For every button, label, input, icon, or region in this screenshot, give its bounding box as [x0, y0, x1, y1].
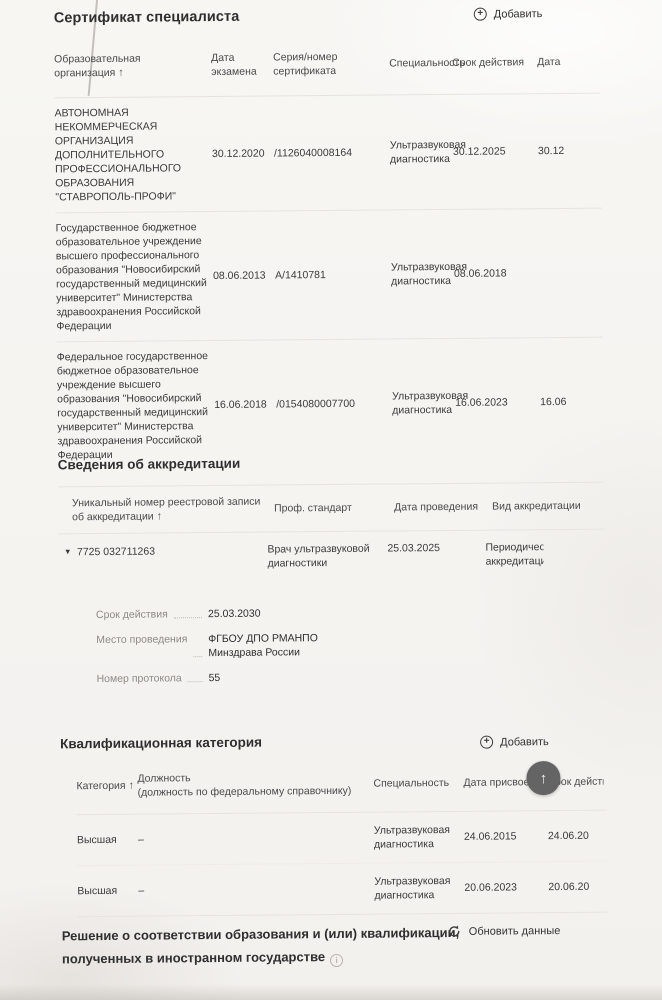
sort-asc-icon: ↑ — [118, 67, 124, 79]
cell-specialty: Ультразвуковая диагностика — [390, 138, 453, 167]
add-certificate-label: Добавить — [494, 8, 543, 20]
sort-asc-icon: ↑ — [129, 780, 135, 792]
certificates-table-header: Образовательная организация↑ Дата экзаме… — [54, 48, 600, 81]
cell-specialty: Ультразвуковая диагностика — [392, 389, 455, 418]
dotted-leader — [188, 671, 203, 682]
refresh-icon — [448, 925, 461, 938]
cell-specialty: Ультразвуковая диагностика — [391, 260, 454, 289]
collapse-chevron-icon[interactable]: ▾ — [65, 546, 70, 556]
certificates-table: Образовательная организация↑ Дата экзаме… — [54, 48, 604, 471]
cell-date-assigned: 24.06.2015 — [464, 829, 548, 844]
detail-row-validity: Срок действия 25.03.2030 — [96, 605, 436, 622]
dotted-leader — [193, 632, 202, 657]
accreditation-table-header: Уникальный номер реестровой записи об ак… — [72, 483, 604, 534]
detail-value: ФГБОУ ДПО РМАНПО Минздрава России — [208, 631, 348, 660]
column-header-specialty[interactable]: Специальность — [373, 776, 463, 791]
sort-asc-icon: ↑ — [157, 510, 163, 522]
cell-position: – — [138, 831, 374, 847]
accreditation-section: Сведения об аккредитации Уникальный номе… — [58, 453, 606, 698]
info-icon[interactable]: i — [330, 954, 343, 967]
cell-prof-standard: Врач ультразвуковой диагностики — [267, 542, 387, 571]
cell-position: – — [138, 882, 374, 898]
column-header-date[interactable]: Дата — [537, 55, 600, 70]
cell-validity: 30.12.2025 — [453, 144, 538, 159]
dotted-leader — [174, 607, 202, 618]
detail-label: Место проведения — [96, 632, 187, 661]
add-qualification-label: Добавить — [500, 736, 549, 748]
detail-label: Срок действия — [96, 607, 168, 622]
cell-date: 16.06 — [540, 395, 603, 410]
column-header-position[interactable]: Должность(должность по федеральному спра… — [137, 770, 373, 800]
cell-org: Федеральное государственное бюджетное об… — [57, 349, 215, 462]
qualification-row[interactable]: Высшая – Ультразвуковая диагностика 20.0… — [77, 862, 607, 918]
cell-category: Высшая — [77, 884, 138, 899]
column-header-category[interactable]: Категория↑ — [76, 779, 137, 794]
accreditation-details: Срок действия 25.03.2030 Место проведени… — [96, 605, 437, 686]
paper-edge-shadow — [0, 984, 662, 1000]
cell-date-held: 25.03.2025 — [387, 541, 485, 556]
refresh-data-button[interactable]: Обновить данные — [448, 924, 561, 938]
cell-org: Государственное бюджетное образовательно… — [56, 220, 214, 333]
cell-serial: /1126040008164 — [274, 145, 390, 160]
column-header-date-held[interactable]: Дата проведения — [394, 500, 492, 515]
column-header-registry-number[interactable]: Уникальный номер реестровой записи об ак… — [72, 494, 274, 524]
column-header-org[interactable]: Образовательная организация↑ — [54, 51, 211, 80]
foreign-education-title: Решение о соответствии образования и (ил… — [62, 921, 466, 971]
arrow-up-icon: ↑ — [540, 771, 548, 786]
cell-org: АВТОНОМНАЯ НЕКОММЕРЧЕСКАЯ ОРГАНИЗАЦИЯ ДО… — [55, 105, 213, 204]
accreditation-row[interactable]: ▾7725 032711263 Врач ультразвуковой диаг… — [65, 530, 604, 583]
cell-registry-number: ▾7725 032711263 — [65, 543, 267, 560]
plus-circle-icon: + — [480, 736, 493, 749]
cell-exam-date: 16.06.2018 — [214, 397, 276, 412]
cell-specialty: Ультразвуковая диагностика — [374, 874, 464, 903]
certificate-row[interactable]: АВТОНОМНАЯ НЕКОММЕРЧЕСКАЯ ОРГАНИЗАЦИЯ ДО… — [54, 93, 601, 213]
cell-date — [539, 273, 602, 274]
qualification-table: Категория↑ Должность(должность по федера… — [60, 768, 607, 918]
column-header-exam-date[interactable]: Дата экзамена — [211, 50, 273, 79]
cell-serial: А/1410781 — [275, 267, 391, 282]
cell-validity: 24.06.20 — [548, 829, 607, 844]
cell-accreditation-kind: Периодическая аккредитация — [485, 540, 604, 569]
scroll-to-top-button[interactable]: ↑ — [526, 761, 560, 795]
detail-row-protocol: Номер протокола 55 — [96, 669, 436, 686]
qualification-row[interactable]: Высшая – Ультразвуковая диагностика 24.0… — [77, 811, 607, 867]
plus-circle-icon: + — [474, 8, 487, 21]
cell-validity: 16.06.2023 — [455, 395, 540, 410]
cell-validity: 20.06.20 — [548, 880, 607, 895]
detail-value: 25.03.2030 — [208, 606, 358, 621]
detail-row-place: Место проведения ФГБОУ ДПО РМАНПО Минздр… — [96, 630, 436, 661]
add-qualification-button[interactable]: + Добавить — [480, 735, 549, 749]
cell-exam-date: 30.12.2020 — [212, 146, 274, 161]
detail-value: 55 — [208, 670, 358, 685]
cell-specialty: Ультразвуковая диагностика — [374, 823, 464, 852]
cell-validity: 08.06.2018 — [454, 266, 539, 281]
page-content: Сертификат специалиста + Добавить Образо… — [0, 0, 662, 1000]
cell-category: Высшая — [77, 833, 138, 848]
column-header-validity[interactable]: Срок действия — [452, 55, 537, 70]
cell-date: 30.12 — [538, 144, 601, 159]
column-header-prof-standard[interactable]: Проф. стандарт — [274, 500, 394, 515]
column-header-serial[interactable]: Серия/номер сертификата — [273, 49, 389, 78]
cell-serial: /0154080007700 — [276, 396, 392, 411]
certificate-row[interactable]: Федеральное государственное бюджетное об… — [57, 337, 604, 471]
column-header-specialty[interactable]: Специальность — [389, 56, 452, 71]
detail-label: Номер протокола — [96, 671, 181, 686]
cell-exam-date: 08.06.2013 — [213, 268, 275, 283]
add-certificate-button[interactable]: + Добавить — [474, 7, 543, 21]
column-header-accreditation-kind[interactable]: Вид аккредитации — [492, 499, 604, 514]
refresh-data-label: Обновить данные — [469, 925, 561, 938]
certificate-row[interactable]: Государственное бюджетное образовательно… — [55, 208, 602, 342]
cell-date-assigned: 20.06.2023 — [464, 880, 548, 895]
